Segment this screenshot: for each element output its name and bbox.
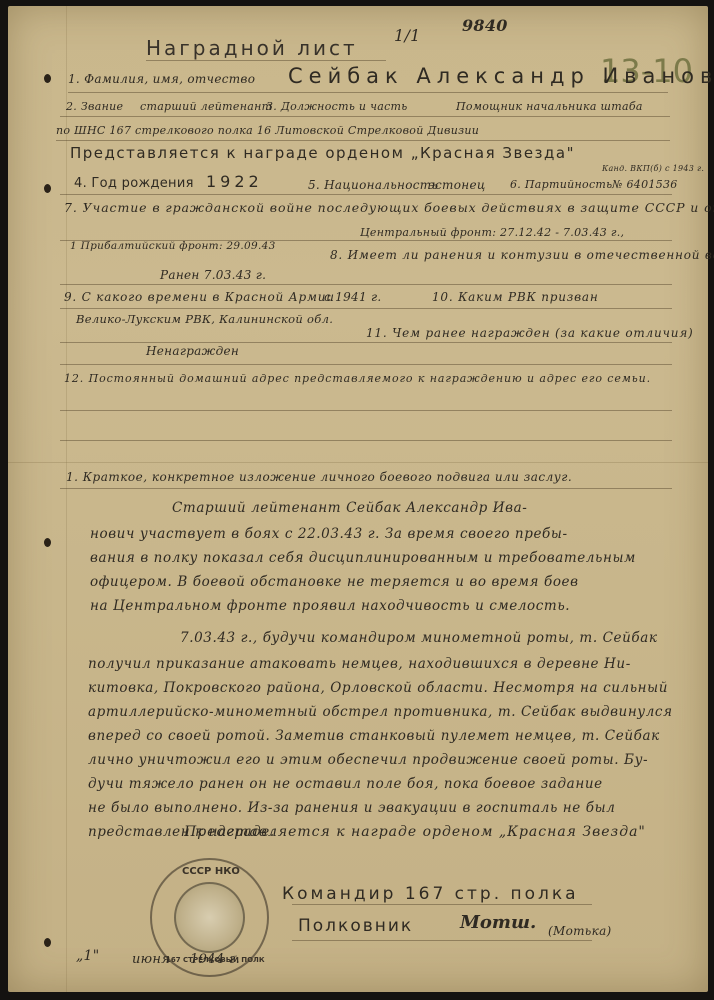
- narrative-line: артиллерийско-минометный обстрел противн…: [88, 704, 673, 720]
- rule: [60, 410, 672, 411]
- rule: [60, 116, 670, 117]
- field-9-label: 9. С какого времени в Красной Армии: [64, 290, 335, 304]
- service-baltic-front: 1 Прибалтийский фронт: 29.09.43: [70, 240, 276, 252]
- rule: [60, 440, 672, 441]
- field-7-label: 7. Участие в гражданской войне последующ…: [64, 200, 714, 215]
- page-fold: [8, 462, 708, 463]
- party-note: Канд. ВКП(б) с 1943 г.: [602, 164, 704, 173]
- wounds: Ранен 7.03.43 г.: [160, 268, 266, 282]
- punch-hole: [44, 938, 51, 947]
- field-6-label: 6. Партийность: [510, 178, 612, 191]
- rule: [60, 308, 672, 309]
- rule: [68, 92, 668, 93]
- signatory-rank: Полковник: [298, 916, 413, 936]
- field-12-label: 12. Постоянный домашний адрес представля…: [64, 372, 651, 385]
- date-year: 1944 г.: [190, 952, 240, 967]
- unit: по ШНС 167 стрелкового полка 16 Литовско…: [56, 124, 479, 137]
- conclusion: Представляется к награде орденом „Красна…: [184, 824, 646, 840]
- narrative-line: Старший лейтенант Сейбак Александр Ива-: [172, 500, 527, 516]
- field-4-label: 4. Год рождения: [74, 176, 194, 191]
- narrative-line: нович участвует в боях с 22.03.43 г. За …: [90, 526, 568, 542]
- section-2-heading: 1. Краткое, конкретное изложение личного…: [66, 470, 572, 484]
- rule: [60, 488, 672, 489]
- service-since: с 1941 г.: [324, 290, 381, 304]
- signatory-name: (Мотька): [548, 924, 612, 938]
- narrative-line: на Центральном фронте проявил находчивос…: [90, 598, 570, 614]
- field-1-label: 1. Фамилия, имя, отчество: [68, 72, 255, 86]
- field-2-label: 2. Звание: [66, 100, 123, 113]
- signature: Мотш.: [460, 912, 536, 933]
- rule: [56, 140, 670, 141]
- title-mark: 1/1: [394, 26, 421, 45]
- position: Помощник начальника штаба: [456, 100, 643, 113]
- narrative-line: китовка, Покровского района, Орловской о…: [88, 680, 668, 696]
- field-10-label: 10. Каким РВК призван: [432, 290, 599, 304]
- presented-for: Представляется к награде орденом „Красна…: [70, 144, 575, 162]
- narrative-line: не было выполнено. Из-за ранения и эваку…: [88, 800, 615, 816]
- narrative-line: вания в полку показал себя дисциплиниров…: [90, 550, 636, 566]
- margin-fold: [66, 6, 67, 992]
- date-month: июня: [132, 952, 170, 967]
- rank: старший лейтенант: [140, 100, 272, 113]
- rule: [60, 364, 672, 365]
- signatory-title: Командир 167 стр. полка: [282, 884, 579, 904]
- previous-awards: Ненагражден: [146, 344, 239, 358]
- narrative-line: офицером. В боевой обстановке не теряетс…: [90, 574, 579, 590]
- nationality: эстонец: [428, 178, 486, 192]
- rule: [292, 940, 592, 941]
- stamp-top-text: СССР НКО: [182, 866, 240, 877]
- archive-number: 9840: [462, 16, 508, 35]
- narrative-line: получил приказание атаковать немцев, нах…: [88, 656, 631, 672]
- rule: [60, 284, 672, 285]
- birth-year: 1922: [206, 172, 263, 191]
- rule: [60, 194, 672, 195]
- draft-office: Велико-Лукским РВК, Калининской обл.: [76, 312, 333, 326]
- narrative-line: дучи тяжело ранен он не оставил поле боя…: [88, 776, 603, 792]
- rule: [292, 904, 592, 905]
- punch-hole: [44, 538, 51, 547]
- punch-hole: [44, 74, 51, 83]
- stamp-emblem: [174, 882, 245, 953]
- field-5-label: 5. Национальность: [308, 178, 438, 192]
- field-3-label: 3. Должность и часть: [266, 100, 408, 113]
- service-central-front: Центральный фронт: 27.12.42 - 7.03.43 г.…: [360, 226, 624, 239]
- document-title: Наградной лист: [146, 36, 358, 60]
- field-11-label: 11. Чем ранее награжден (за какие отличи…: [366, 326, 694, 340]
- field-8-label: 8. Имеет ли ранения и контузии в отечест…: [330, 248, 714, 262]
- party-card-number: № 6401536: [612, 178, 678, 191]
- date-day: „1": [76, 948, 100, 964]
- full-name: Сейбак Александр Иванович: [288, 64, 714, 88]
- narrative-line: 7.03.43 г., будучи командиром минометной…: [180, 630, 658, 646]
- narrative-line: лично уничтожил его и этим обеспечил про…: [88, 752, 648, 768]
- narrative-line: вперед со своей ротой. Заметив станковый…: [88, 728, 660, 744]
- rule: [146, 60, 386, 61]
- punch-hole: [44, 184, 51, 193]
- rule: [60, 342, 672, 343]
